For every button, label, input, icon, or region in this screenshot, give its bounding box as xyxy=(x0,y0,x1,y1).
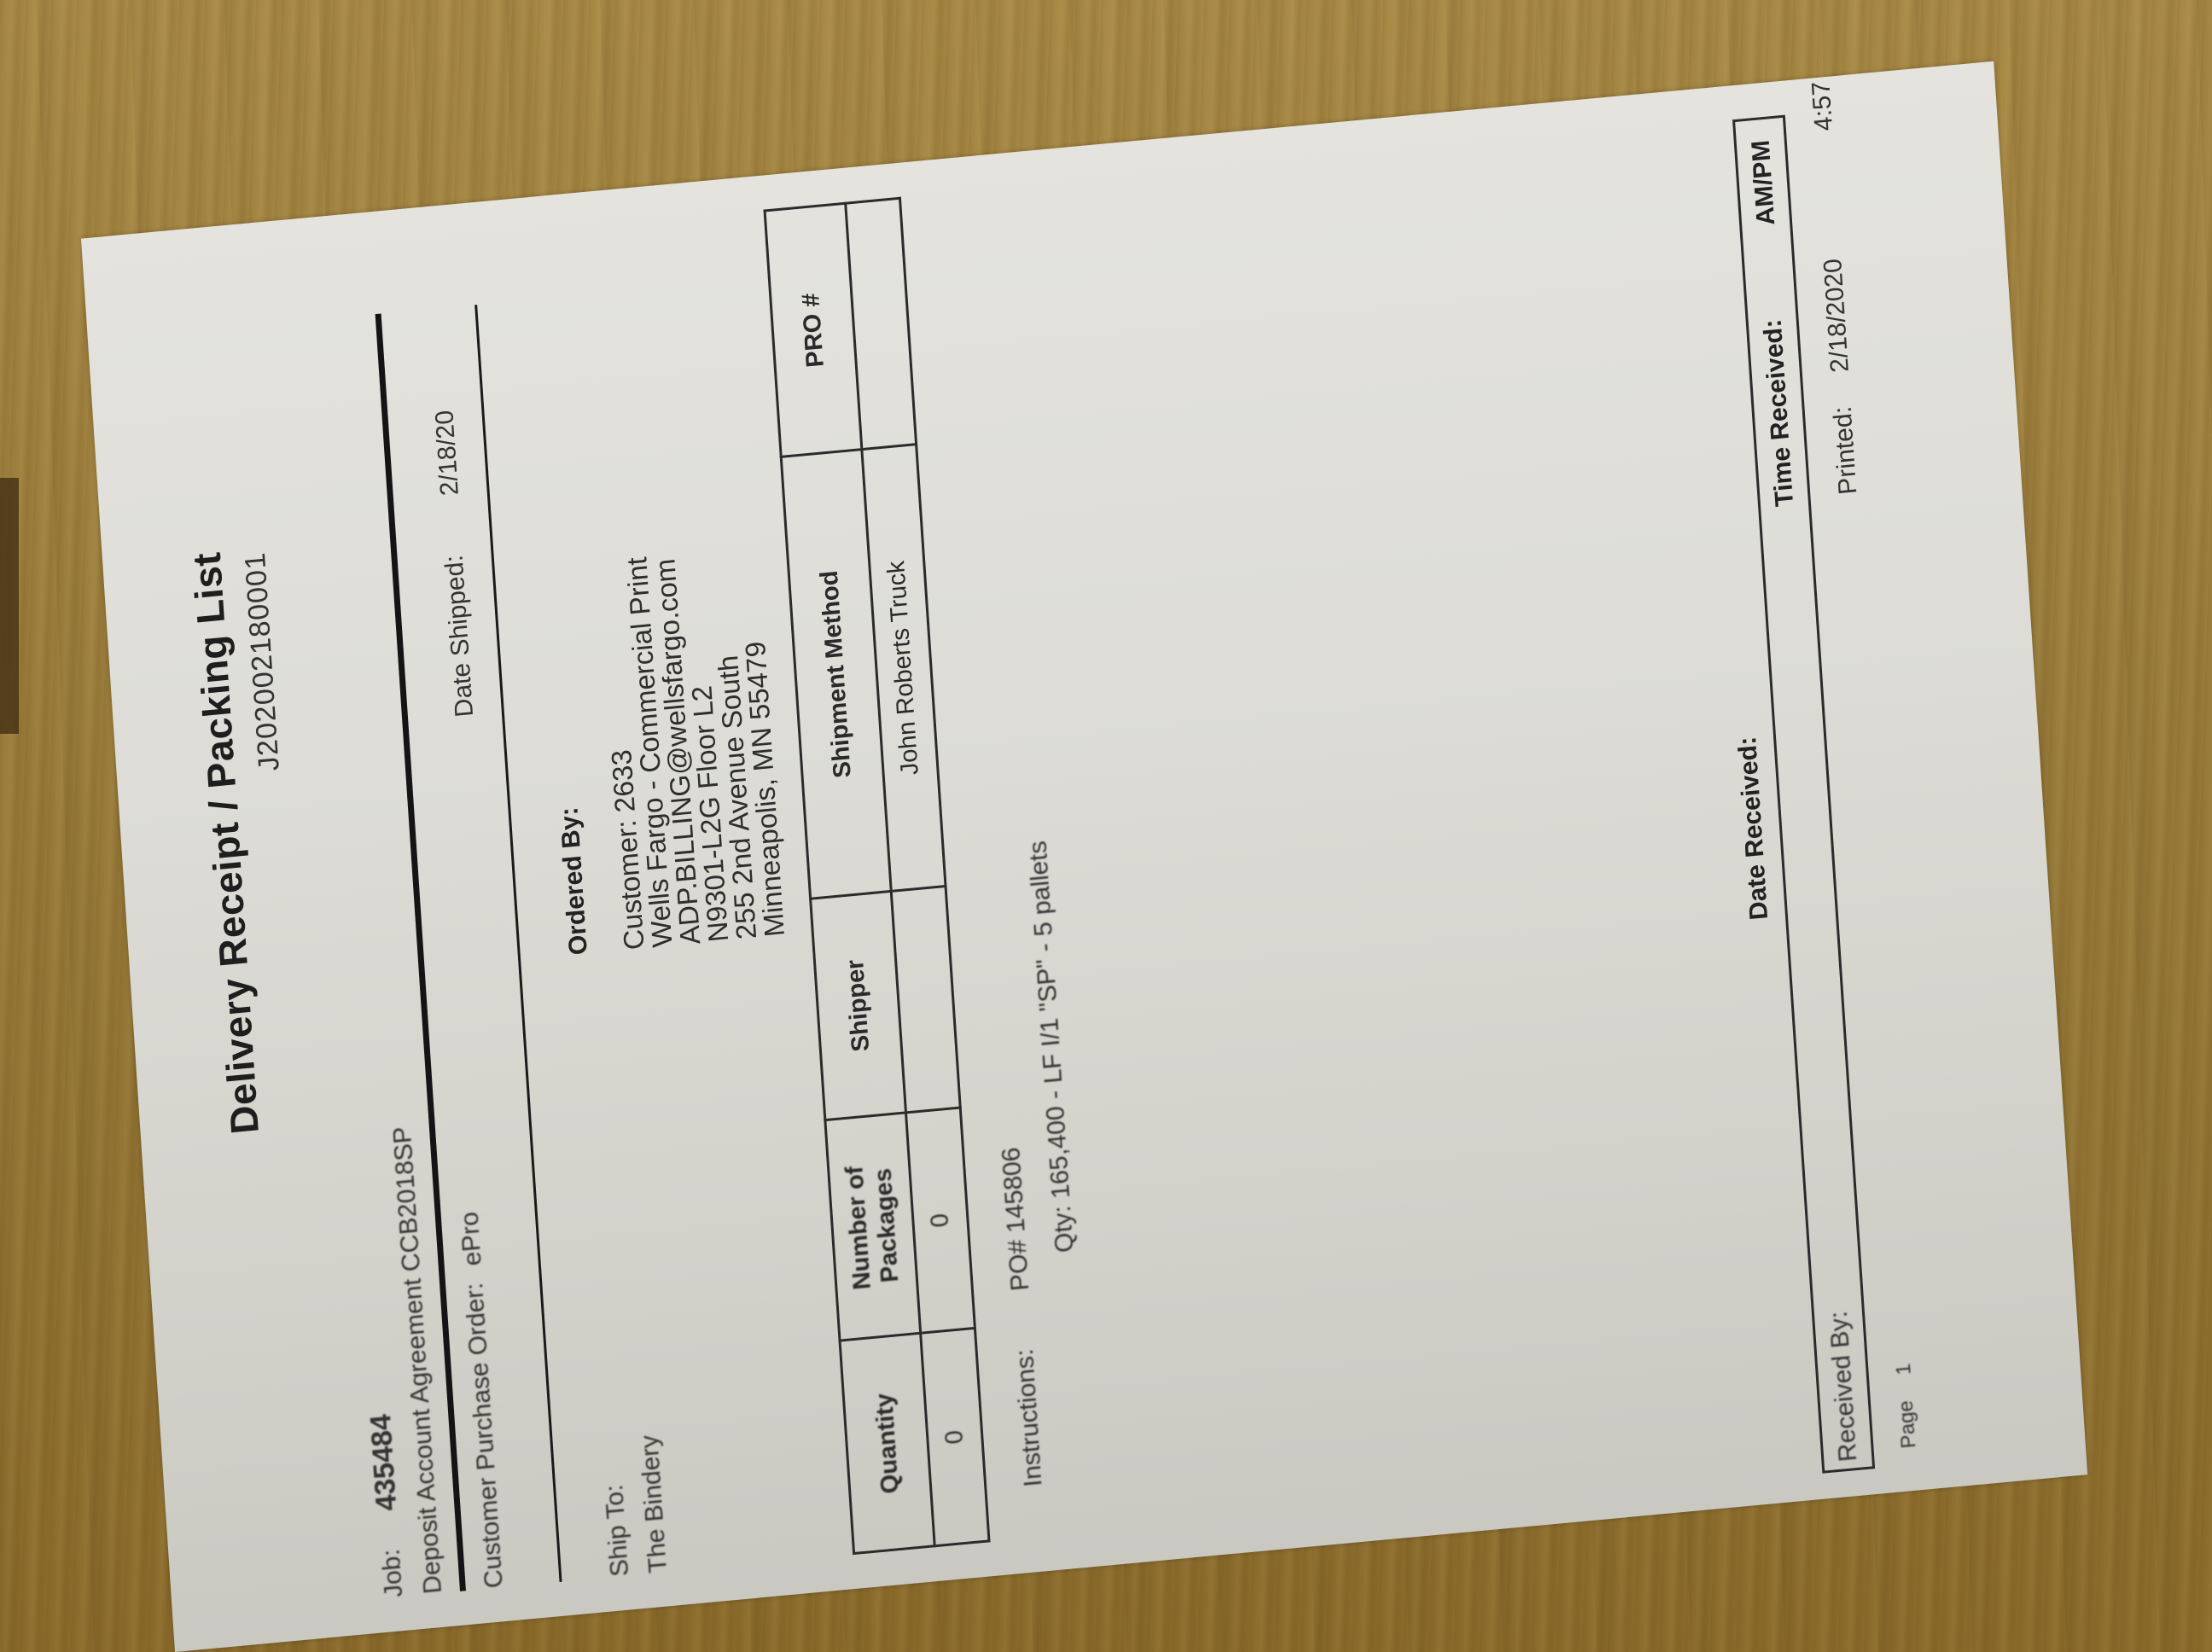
shipment-table: Quantity Number of Packages Shipper Ship… xyxy=(763,197,990,1555)
job-label: Job: xyxy=(377,1548,410,1599)
instructions-label: Instructions: xyxy=(1010,1347,1049,1488)
time-received-label: Time Received: xyxy=(1759,318,1800,508)
instructions-po: PO# 145806 xyxy=(997,1146,1035,1292)
printed-label: Printed: xyxy=(1829,405,1864,496)
page-number: 1 xyxy=(1892,1363,1917,1376)
date-shipped-value: 2/18/20 xyxy=(430,409,464,497)
am-pm-label: AM/PM xyxy=(1747,139,1781,227)
printed-date: 2/18/2020 xyxy=(1819,258,1855,374)
date-received-label: Date Received: xyxy=(1733,736,1774,922)
background-object-shadow xyxy=(0,478,19,734)
col-quantity: Quantity xyxy=(840,1334,934,1554)
received-by-label: Received By: xyxy=(1825,1310,1864,1463)
customer-po-value: ePro xyxy=(456,1211,488,1267)
delivery-receipt-page: Delivery Receipt / Packing List J2020021… xyxy=(81,61,2087,1652)
ordered-by-label: Ordered By: xyxy=(555,806,593,956)
col-shipper: Shipper xyxy=(811,892,906,1120)
receipt-signature-box: Received By: Date Received: Time Receive… xyxy=(1732,115,1875,1474)
ship-to-label: Ship To: xyxy=(600,1483,635,1578)
col-number-of-packages: Number of Packages xyxy=(825,1113,921,1341)
date-shipped-label: Date Shipped: xyxy=(440,554,480,718)
ship-to-line: The Bindery xyxy=(635,1434,673,1574)
printed-time: 4:57 xyxy=(1807,80,1839,132)
document-number: J202002180001 xyxy=(239,550,287,772)
job-row: Job: 435484 xyxy=(364,1413,410,1599)
page-number-row: Page 1 xyxy=(1892,1363,1921,1450)
ordered-by-address: Customer: 2633 Wells Fargo - Commercial … xyxy=(594,545,789,951)
date-shipped-row: Date Shipped: 2/18/20 xyxy=(430,409,480,718)
instructions-qty: Qty: 165,400 - LF I/1 "SP" - 5 pallets xyxy=(1023,840,1080,1254)
customer-po-label: Customer Purchase Order: xyxy=(460,1282,509,1590)
page-label: Page xyxy=(1895,1399,1922,1450)
job-number: 435484 xyxy=(364,1413,404,1513)
printed-row: Printed: 2/18/2020 4:57 xyxy=(1807,80,1863,496)
customer-po-row: Customer Purchase Order: ePro xyxy=(456,1211,509,1590)
